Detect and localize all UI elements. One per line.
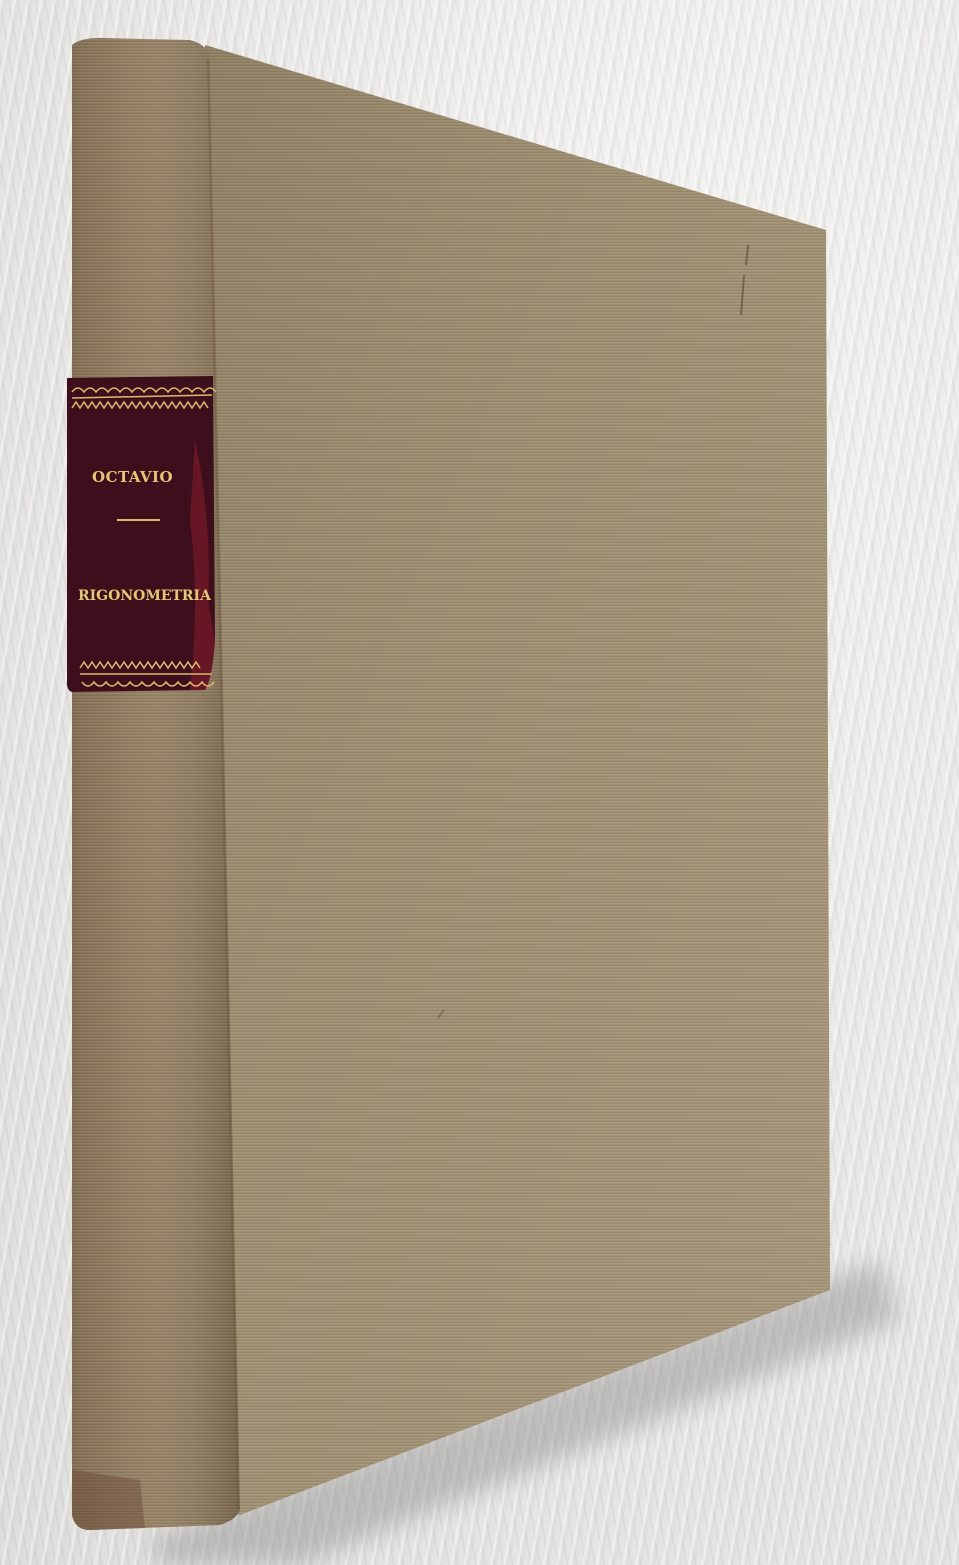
spine-author: OCTAVIO xyxy=(92,468,173,486)
spine-title: RIGONOMETRIA xyxy=(78,588,211,604)
spine-label xyxy=(67,376,216,692)
book xyxy=(0,0,959,1565)
